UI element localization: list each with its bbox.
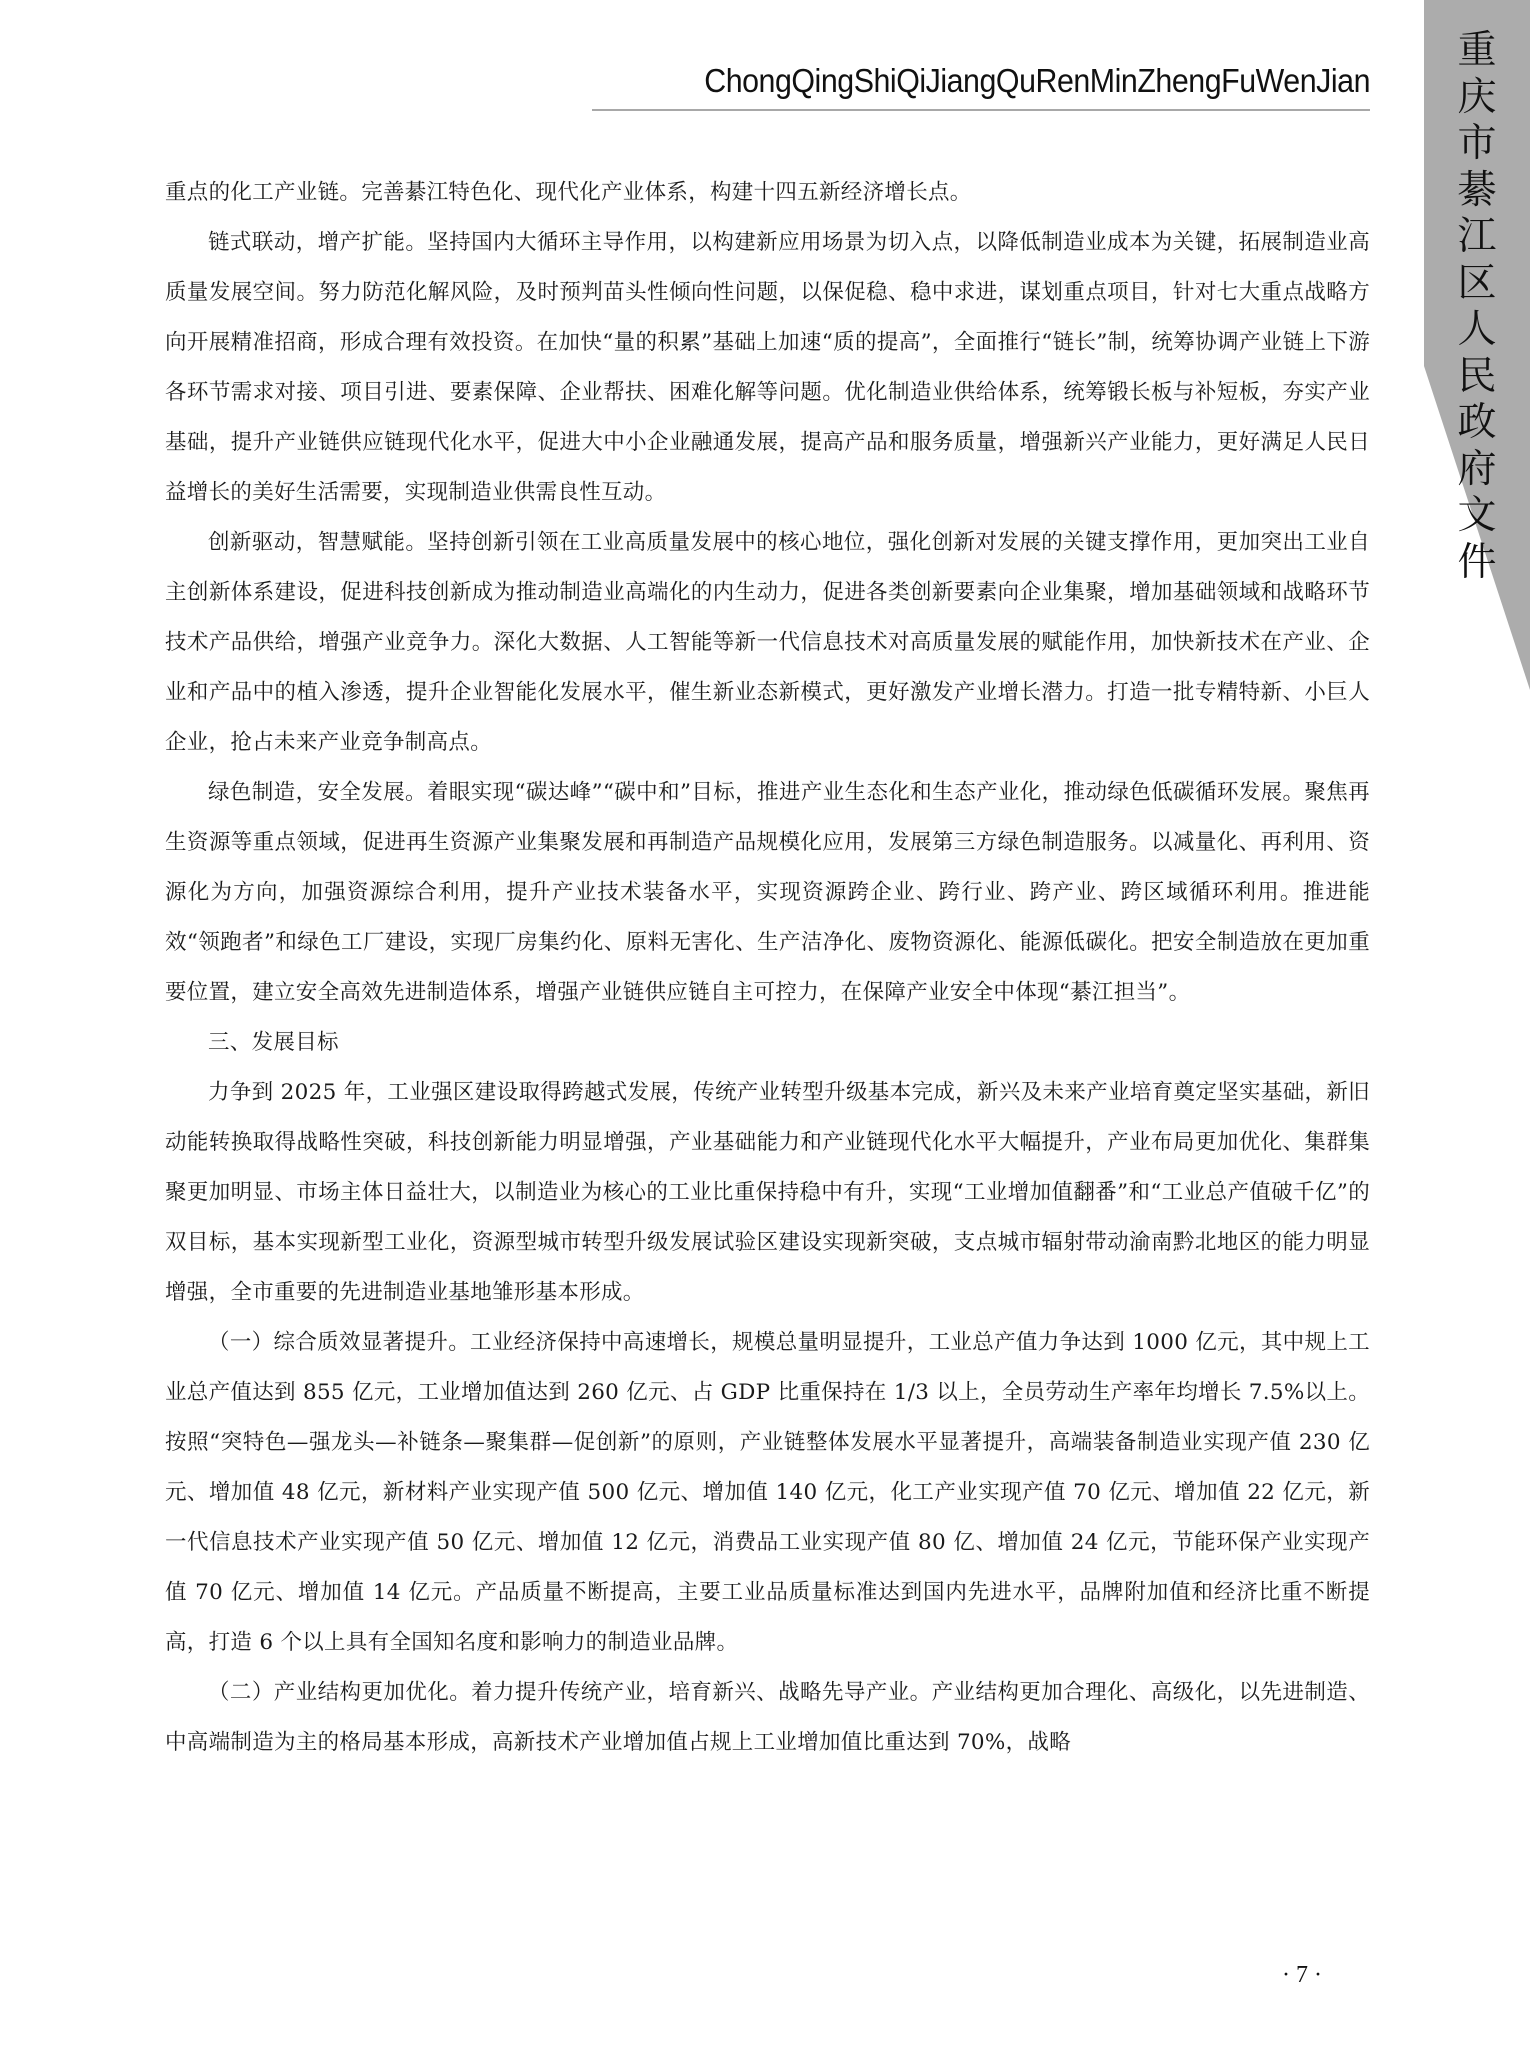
paragraph-continuation: 重点的化工产业链。完善綦江特色化、现代化产业体系，构建十四五新经济增长点。 [165,168,1370,218]
side-tab-char: 市 [1457,121,1496,168]
paragraph-innovation-driven: 创新驱动，智慧赋能。坚持创新引领在工业高质量发展中的核心地位，强化创新对发展的关… [165,518,1370,768]
paragraph-goal-1-quality: （一）综合质效显著提升。工业经济保持中高速增长，规模总量明显提升，工业总产值力争… [165,1318,1370,1668]
side-tab-char: 江 [1457,214,1496,261]
side-tab-char: 綦 [1457,168,1496,215]
side-tab-label: 重 庆 市 綦 江 区 人 民 政 府 文 件 [1424,28,1530,586]
side-tab-char: 政 [1457,400,1496,447]
paragraph-green-manufacturing: 绿色制造，安全发展。着眼实现“碳达峰”“碳中和”目标，推进产业生态化和生态产业化… [165,768,1370,1018]
side-tab-char: 庆 [1457,75,1496,122]
document-body: 重点的化工产业链。完善綦江特色化、现代化产业体系，构建十四五新经济增长点。 链式… [165,168,1370,1768]
side-tab-char: 府 [1457,447,1496,494]
paragraph-goals-2025: 力争到 2025 年，工业强区建设取得跨越式发展，传统产业转型升级基本完成，新兴… [165,1068,1370,1318]
side-tab-char: 区 [1457,261,1496,308]
side-tab-char: 重 [1457,28,1496,75]
running-header-title: ChongQingShiQiJiangQuRenMinZhengFuWenJia… [662,62,1370,100]
side-tab-char: 件 [1457,540,1496,587]
page-number: · 7 · [1262,1962,1342,1989]
side-tab-char: 人 [1457,307,1496,354]
side-tab-char: 文 [1457,493,1496,540]
paragraph-goal-2-structure: （二）产业结构更加优化。着力提升传统产业，培育新兴、战略先导产业。产业结构更加合… [165,1668,1370,1768]
header-divider [592,109,1370,111]
side-tab-char: 民 [1457,354,1496,401]
section-heading-development-goals: 三、发展目标 [165,1018,1370,1068]
paragraph-chain-linkage: 链式联动，增产扩能。坚持国内大循环主导作用，以构建新应用场景为切入点，以降低制造… [165,218,1370,518]
